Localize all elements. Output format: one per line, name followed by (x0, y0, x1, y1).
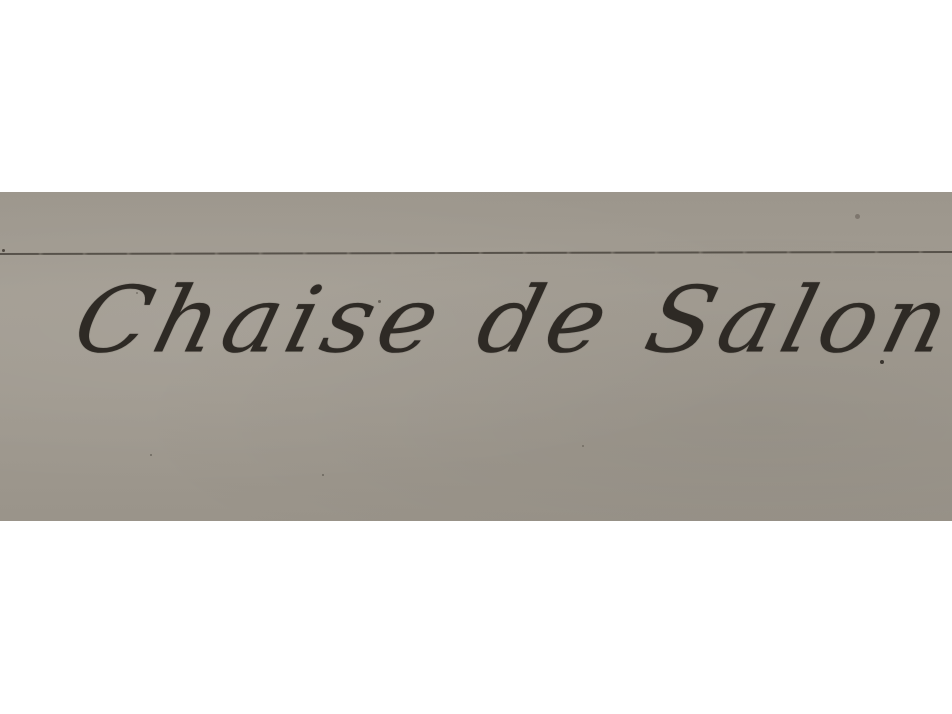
paper-photo: ChaisedeSalon (0, 192, 952, 521)
caption-word-de: de (469, 275, 622, 366)
engraved-rule-line (0, 251, 952, 255)
paper-speck (582, 445, 584, 447)
caption-period (880, 360, 884, 364)
paper-speck (322, 474, 324, 476)
plate-caption: ChaisedeSalon (66, 275, 952, 366)
paper-speck (2, 249, 5, 252)
caption-word-salon: Salon (638, 275, 952, 366)
caption-word-chaise: Chaise (66, 275, 454, 366)
paper-speck (150, 454, 152, 456)
paper-speck (855, 214, 860, 219)
